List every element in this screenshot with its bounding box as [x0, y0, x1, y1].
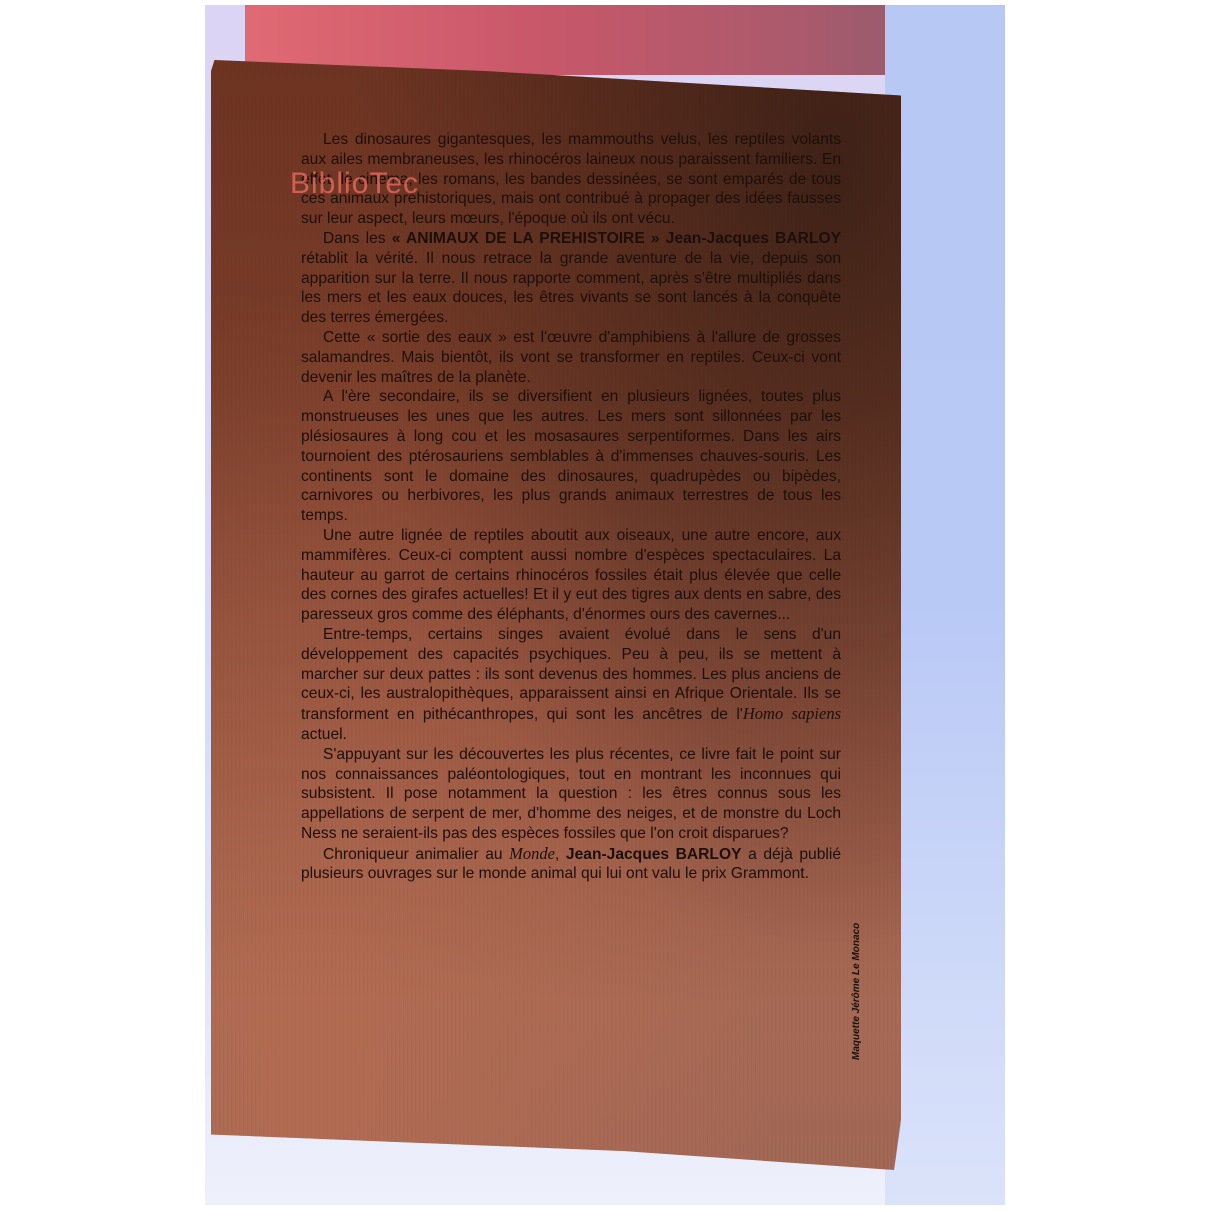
watermark-logo: BiblioTec: [290, 167, 419, 201]
paragraph: Cette « sortie des eaux » est l'œuvre d'…: [301, 328, 841, 387]
paragraph: Chroniqueur animalier au Monde, Jean-Jac…: [301, 844, 841, 885]
text-run: Une autre lignée de reptiles aboutit aux…: [301, 527, 841, 623]
paragraph: Entre-temps, certains singes avaient évo…: [301, 625, 841, 745]
paragraph: Une autre lignée de reptiles aboutit aux…: [301, 526, 841, 625]
italic-run: Monde: [509, 844, 555, 863]
text-run: ,: [555, 846, 566, 863]
text-run: actuel.: [301, 726, 347, 743]
text-run: Cette « sortie des eaux » est l'œuvre d'…: [301, 329, 841, 386]
photo-frame: Les dinosaures gigantesques, les mammout…: [205, 5, 1005, 1205]
blue-background: [885, 5, 1005, 1205]
bold-run: Jean-Jacques BARLOY: [566, 846, 742, 863]
text-run: S'appuyant sur les découvertes les plus …: [301, 746, 841, 842]
blurb-text: Les dinosaures gigantesques, les mammout…: [301, 130, 841, 884]
text-run: Chroniqueur animalier au: [323, 846, 509, 863]
bold-run: « ANIMAUX DE LA PREHISTOIRE » Jean-Jacqu…: [392, 230, 841, 247]
text-run: rétablit la vérité. Il nous retrace la g…: [301, 250, 841, 326]
italic-run: Homo sapiens: [743, 704, 841, 723]
paragraph: Dans les « ANIMAUX DE LA PREHISTOIRE » J…: [301, 229, 841, 328]
book-back-cover: Les dinosaures gigantesques, les mammout…: [211, 60, 901, 1170]
design-credit: Maquette Jérôme Le Monaco: [851, 923, 862, 1060]
paragraph: A l'ère secondaire, ils se diversifient …: [301, 387, 841, 526]
paragraph: S'appuyant sur les découvertes les plus …: [301, 745, 841, 844]
pink-backdrop: [245, 5, 955, 75]
text-run: A l'ère secondaire, ils se diversifient …: [301, 388, 841, 524]
text-run: Dans les: [323, 230, 392, 247]
